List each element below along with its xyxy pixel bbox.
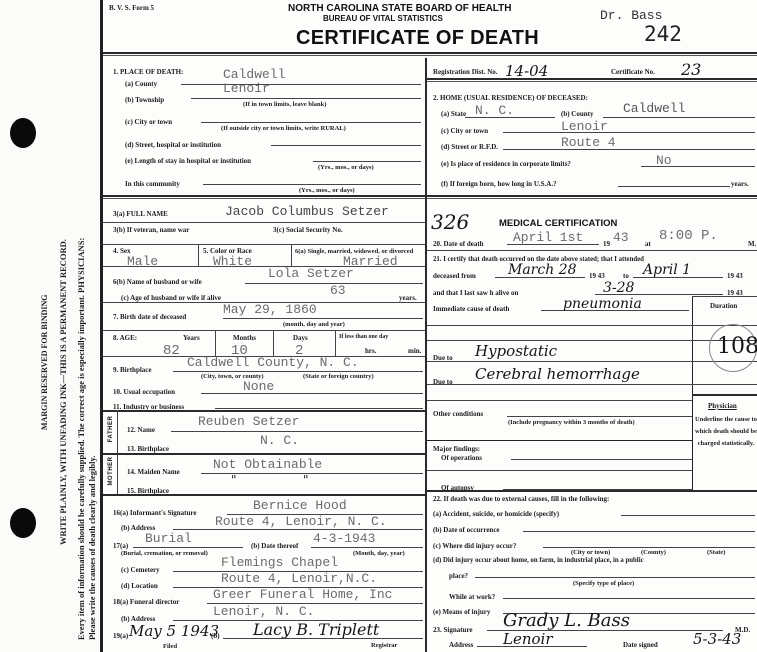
death-date-label: 20. Date of death: [433, 240, 484, 248]
cause-line: [427, 325, 757, 326]
cause-line: [427, 361, 757, 362]
column-divider: [425, 58, 427, 652]
residence-state-value: N. C.: [475, 103, 514, 118]
spouse-label: 6(b) Name of husband or wife: [113, 278, 202, 286]
residence-street-label: (d) Street or R.F.D.: [441, 143, 498, 151]
occupation-label: 10. Usual occupation: [113, 388, 175, 396]
location-value: Route 4, Lenoir,N.C.: [221, 571, 377, 586]
other-conditions-hint: (Include pregnancy within 3 months of de…: [508, 419, 635, 426]
margin-note-number: 326: [431, 210, 469, 234]
death-year-prefix: 19: [603, 240, 610, 248]
residence-city-label: (c) City or town: [441, 127, 488, 135]
disposal-method-value: Burial: [145, 531, 192, 546]
disposal-method-hint: (Burial, cremation, or removal): [121, 550, 208, 557]
death-date-value: April 1st: [513, 230, 583, 245]
ssn-label: 3(c) Social Security No.: [273, 226, 353, 234]
row-rule: [103, 244, 425, 245]
cell-divider: [198, 244, 199, 266]
date-signed-value: 5-3-43: [693, 630, 741, 648]
occurrence-date-label: (b) Date of occurrence: [433, 526, 500, 534]
injury-place-hint: (Specify type of place): [573, 580, 634, 587]
margin-binding-text: MARGIN RESERVED FOR BINDING: [40, 294, 49, 430]
death-time-label: at: [645, 240, 651, 248]
birthplace-hint-state: (State or foreign country): [303, 373, 374, 380]
location-label: (d) Location: [121, 582, 158, 590]
accident-label: (a) Accident, suicide, or homicide (spec…: [433, 510, 559, 518]
city-hint: (If outside city or town limits, write R…: [221, 125, 346, 132]
spouse-age-label: (c) Age of husband or wife if alive: [121, 294, 221, 302]
margin-instructions-line3: Please write the causes of death clearly…: [87, 456, 97, 640]
spouse-age-value: 63: [330, 283, 346, 298]
field-line: [503, 132, 755, 133]
death-township-value: Lenoir: [223, 81, 270, 96]
field-line: [171, 431, 423, 432]
section-rule: [427, 195, 757, 199]
cell-divider: [335, 330, 336, 356]
row-rule: [427, 440, 692, 441]
residence-street-value: Route 4: [561, 135, 616, 150]
cemetery-label: (c) Cemetery: [121, 566, 160, 574]
residence-county-value: Caldwell: [623, 101, 685, 116]
attended-from-value: March 28: [508, 262, 577, 278]
occupation-value: None: [243, 379, 274, 394]
field-line: [503, 149, 755, 150]
field-line: [543, 547, 755, 548]
section-rule: [427, 78, 757, 82]
external-causes-heading: 22. If death was due to external causes,…: [433, 495, 609, 503]
disposal-date-hint: (Month, day, year): [353, 550, 405, 557]
birthplace-value: Caldwell County, N. C.: [187, 355, 359, 370]
punch-hole: [10, 118, 36, 148]
row-rule: [103, 410, 425, 412]
residence-heading: 2. HOME (USUAL RESIDENCE) OF DECEASED:: [433, 94, 588, 102]
field-line: [215, 408, 423, 409]
injury-where-label: (c) Where did injury occur?: [433, 542, 516, 550]
father-birthplace-value: N. C.: [260, 433, 299, 448]
margin-instructions-line1: WRITE PLAINLY, WITH UNFADING INK—THIS IS…: [58, 239, 68, 545]
corporate-limits-value: No: [656, 153, 672, 168]
less-than-day-label: If less than one day: [339, 334, 388, 340]
field-line: [523, 531, 755, 532]
form-number: B. V. S. Form 5: [109, 4, 154, 12]
field-line: [201, 122, 421, 123]
community-hint: (Yrs., mos., or days): [299, 187, 355, 194]
operations-label: Of operations: [441, 454, 482, 462]
registrar-label: (b): [211, 632, 220, 640]
stay-hint: (Yrs., mos., or days): [318, 164, 374, 171]
last-seen-label: and that I last saw h alive on: [433, 289, 518, 297]
attended-to-year: 19 43: [727, 272, 743, 280]
foreign-born-label: (f) If foreign born, how long in U.S.A.?: [441, 180, 557, 188]
section-rule: [103, 195, 425, 199]
registrar-hint: Registrar: [371, 642, 397, 649]
field-line: [191, 98, 421, 99]
residence-city-value: Lenoir: [561, 119, 608, 134]
informant-label: 16(a) Informant's Signature: [113, 509, 196, 517]
stay-label: (e) Length of stay in hospital or instit…: [125, 157, 251, 165]
corporate-limits-label: (e) Is place of residence in corporate l…: [441, 160, 571, 168]
father-name-label: 12. Name: [127, 426, 155, 434]
disposal-date-value: 4-3-1943: [313, 531, 375, 546]
death-street-label: (d) Street, hospital or institution: [125, 141, 221, 149]
certificate-stamp-number: 242: [644, 22, 682, 46]
mother-birthplace-ditto: ": [231, 473, 237, 487]
field-line: [603, 117, 755, 118]
spouse-value: Lola Setzer: [268, 266, 354, 281]
duration-stamp-number: 108: [717, 334, 757, 359]
foreign-born-unit: years.: [731, 180, 749, 188]
cause-line: [427, 470, 692, 471]
mother-birthplace-ditto: ": [303, 473, 309, 487]
immediate-cause-label: Immediate cause of death: [433, 305, 509, 313]
informant-address-value: Route 4, Lenoir, N. C.: [215, 514, 387, 529]
death-county-value: Caldwell: [223, 67, 285, 82]
days-label: Days: [293, 334, 308, 342]
birth-date-label: 7. Birth date of deceased: [113, 313, 186, 321]
physician-note: Underline the cause to which death shoul…: [695, 414, 757, 450]
cemetery-value: Flemings Chapel: [221, 555, 338, 570]
field-line: [475, 577, 755, 578]
where-hint-city: (City or town): [571, 549, 610, 556]
row-rule: [103, 453, 425, 455]
death-time-value: 8:00 P.: [659, 228, 718, 244]
disposal-label: 17(a): [113, 542, 128, 550]
attended-from-year: 19 43: [589, 272, 605, 280]
medical-certification-heading: MEDICAL CERTIFICATION: [499, 218, 617, 229]
where-hint-state: (State): [707, 549, 725, 556]
last-seen-value: 3-28: [603, 280, 634, 296]
injury-place-label: place?: [449, 572, 468, 580]
field-line: [511, 459, 692, 460]
attended-from-label: deceased from: [433, 272, 476, 280]
physician-address-value: Lenoir: [503, 630, 553, 648]
cell-divider: [273, 330, 274, 356]
other-conditions-label: Other conditions: [433, 410, 483, 418]
page-title: CERTIFICATE OF DEATH: [296, 27, 539, 50]
field-line: [173, 371, 423, 372]
months-label: Months: [233, 334, 256, 342]
death-township-label: (b) Township: [125, 96, 164, 104]
field-line: [271, 145, 421, 146]
while-at-work-label: While at work?: [449, 593, 495, 601]
cause-line: [427, 400, 692, 401]
place-of-death-heading: 1. PLACE OF DEATH:: [113, 68, 183, 76]
filed-date-label: 19(a): [113, 632, 128, 640]
physician-address-label: Address: [449, 641, 473, 649]
duration-box-bottom: [692, 394, 757, 396]
row-rule: [103, 266, 425, 267]
date-signed-label: Date signed: [623, 641, 658, 649]
spouse-age-unit: years.: [399, 294, 417, 302]
field-line: [201, 393, 423, 394]
years-label: Years: [183, 334, 200, 342]
row-rule: [103, 330, 425, 331]
birthplace-label: 9. Birthplace: [113, 366, 152, 374]
duration-label: Duration: [710, 302, 737, 310]
father-name-value: Reuben Setzer: [198, 414, 299, 429]
field-line: [311, 547, 423, 548]
filed-hint: Filed: [163, 643, 177, 650]
death-certificate: B. V. S. Form 5 NORTH CAROLINA STATE BOA…: [103, 0, 757, 652]
death-time-unit: M.: [748, 240, 756, 248]
due-to-value-2: Cerebral hemorrhage: [475, 365, 640, 383]
death-year-value: 43: [613, 230, 629, 245]
where-hint-county: (County): [641, 549, 666, 556]
row-rule: [103, 222, 425, 223]
field-line: [223, 318, 423, 319]
community-label: In this community: [125, 180, 180, 188]
birth-date-hint: (month, day and year): [283, 321, 345, 328]
bureau-name: BUREAU OF VITAL STATISTICS: [323, 14, 443, 23]
full-name-label: 3(a) FULL NAME: [113, 210, 168, 218]
age-label: 8. AGE:: [113, 334, 137, 342]
section-rule: [427, 490, 757, 492]
hrs-label: hrs.: [365, 347, 376, 355]
certificate-no-label: Certificate No.: [611, 68, 655, 76]
mother-name-value: Not Obtainable: [213, 457, 322, 472]
board-name: NORTH CAROLINA STATE BOARD OF HEALTH: [288, 3, 512, 14]
row-rule: [427, 250, 757, 251]
field-line: [618, 186, 730, 187]
field-line: [313, 161, 421, 162]
means-of-injury-label: (e) Means of injury: [433, 608, 490, 616]
binding-margin: MARGIN RESERVED FOR BINDING WRITE PLAINL…: [0, 0, 102, 652]
cause-line: [427, 340, 757, 341]
funeral-director-label: 18(a) Funeral director: [113, 598, 179, 606]
field-line: [181, 84, 421, 85]
full-name-value: Jacob Columbus Setzer: [225, 204, 389, 219]
row-rule: [103, 494, 425, 496]
informant-value: Bernice Hood: [253, 498, 347, 513]
field-line: [133, 547, 243, 548]
attended-to-label: to: [623, 272, 629, 280]
disposal-date-label: (b) Date thereof: [251, 542, 298, 550]
physician-signature: Grady L. Bass: [503, 610, 630, 631]
doctor-note: Dr. Bass: [600, 8, 662, 23]
registrar-signature: Lacy B. Triplett: [253, 620, 379, 639]
margin-instructions-line2: Every item of information should be care…: [76, 238, 86, 640]
mother-name-label: 14. Maiden Name: [127, 468, 180, 476]
physician-signature-label: 23. Signature: [433, 626, 473, 634]
father-side-label: FATHER: [108, 409, 114, 449]
parent-side-divider: [117, 410, 118, 494]
death-county-label: (a) County: [125, 80, 157, 88]
major-findings-label: Major findings:: [433, 445, 480, 453]
field-line: [203, 184, 421, 185]
registration-dist-label: Registration Dist. No.: [433, 68, 498, 76]
due-to-value-1: Hypostatic: [475, 342, 557, 360]
township-hint: (If in town limits, leave blank): [243, 101, 326, 108]
physician-heading: Physician: [708, 402, 737, 410]
punch-hole: [10, 508, 36, 538]
duration-box-top: [692, 296, 757, 297]
cell-divider: [215, 330, 216, 356]
birth-date-value: May 29, 1860: [223, 302, 317, 317]
cause-line: [427, 384, 757, 385]
certificate-no-value: 23: [681, 60, 701, 79]
field-line: [173, 529, 423, 530]
min-label: min.: [408, 347, 421, 355]
father-birthplace-label: 13. Birthplace: [127, 445, 169, 453]
death-city-label: (c) City or town: [125, 118, 172, 126]
header-rule: [103, 52, 757, 56]
field-line: [503, 598, 755, 599]
filed-date-value: May 5 1943: [129, 622, 219, 640]
field-line: [621, 515, 755, 516]
veteran-label: 3(b) If veteran, name war: [113, 226, 189, 234]
funeral-director-address-value: Lenoir, N. C.: [213, 604, 314, 619]
residence-county-label: (b) County: [561, 110, 593, 118]
field-line: [507, 416, 692, 417]
injury-home-label: (d) Did injury occur about home, on farm…: [433, 557, 644, 564]
cell-divider: [291, 244, 292, 266]
mother-side-label: MOTHER: [108, 451, 114, 491]
funeral-director-value: Greer Funeral Home, Inc: [213, 587, 392, 602]
immediate-cause-value: pneumonia: [563, 296, 642, 312]
residence-state-label: (a) State: [441, 110, 466, 118]
attended-to-value: April 1: [643, 262, 691, 278]
